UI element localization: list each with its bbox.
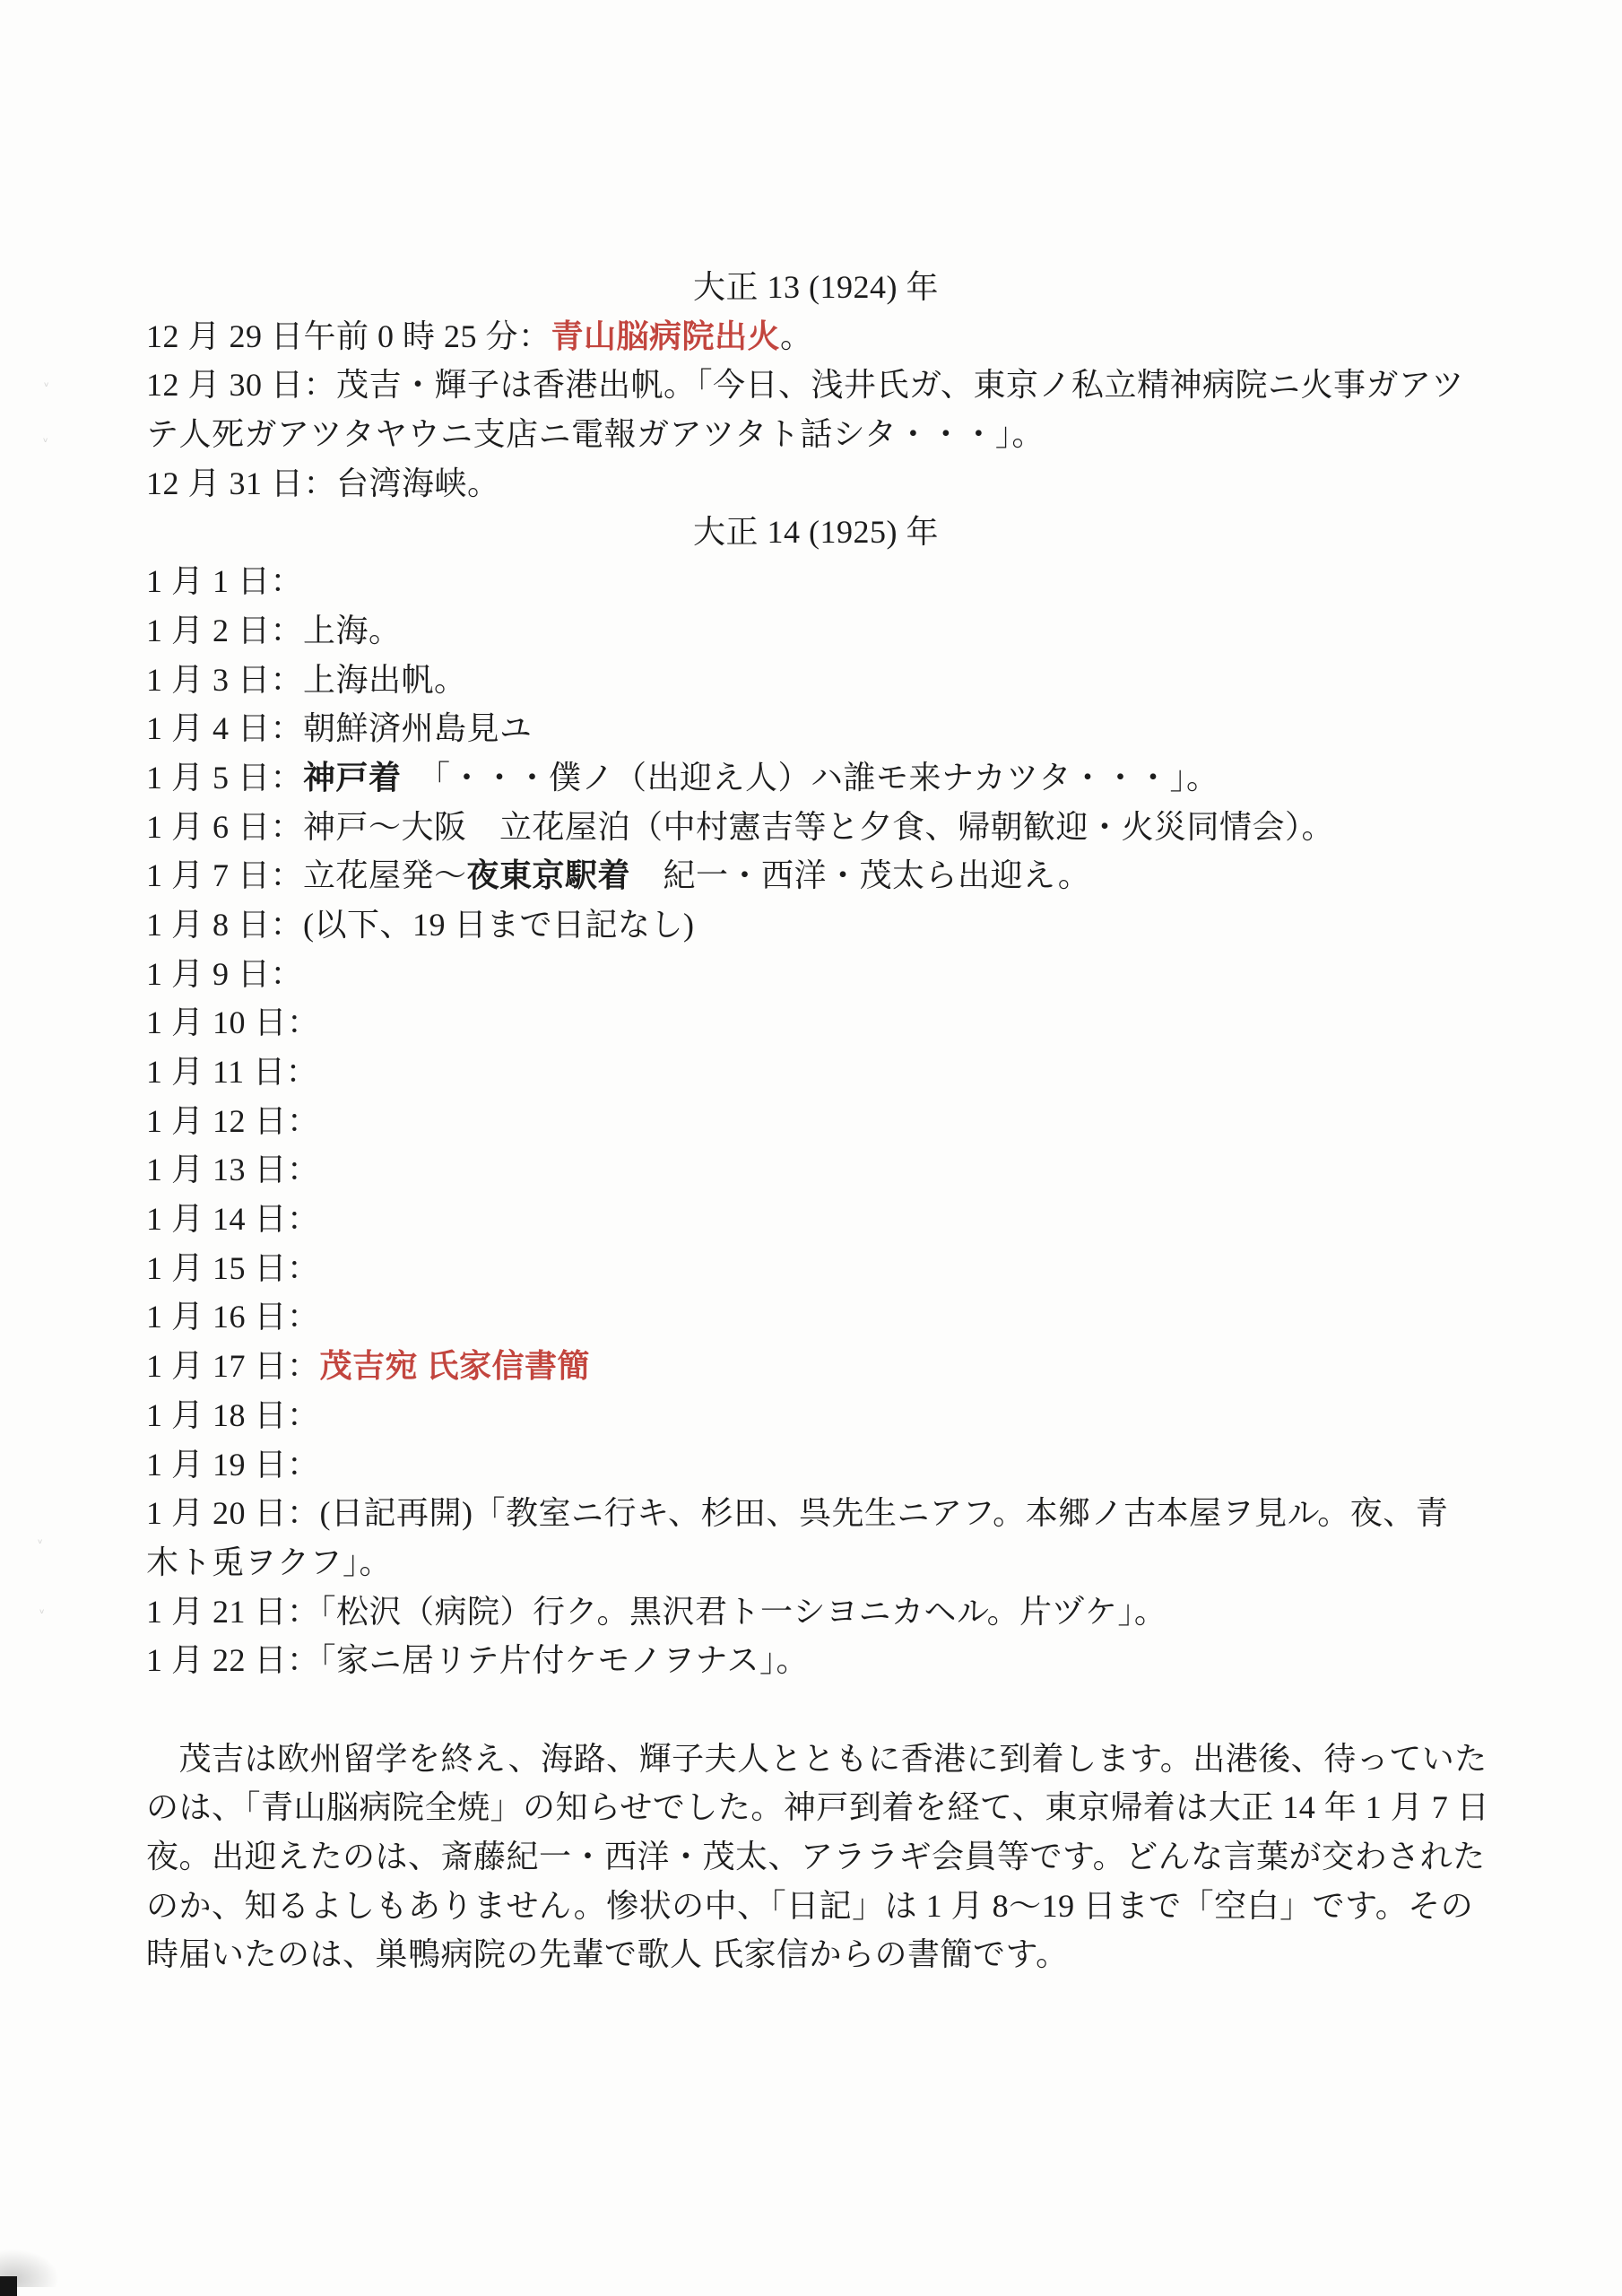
text-segment: 1 月 21 日：「松沢（病院）行ク。黒沢君ト一シヨニカヘル。片ヅケ」。	[146, 1594, 1167, 1630]
timeline-line: 1 月 4 日：朝鮮済州島見ユ	[146, 704, 1486, 753]
text-segment: 1 月 18 日：	[146, 1397, 320, 1433]
text-segment: 茂吉は欧州留学を終え、海路、輝子夫人とともに香港に到着します。出港後、待っていた	[146, 1741, 1488, 1777]
text-segment: 紀一・西洋・茂太ら出迎え。	[630, 857, 1090, 893]
text-segment: 1 月 22 日：「家ニ居リテ片付ケモノヲナス」。	[146, 1642, 809, 1678]
timeline-line: 1 月 3 日：上海出帆。	[146, 656, 1486, 705]
timeline-line: 1 月 9 日：	[146, 950, 1486, 999]
timeline-line: 1 月 7 日：立花屋発～夜東京駅着 紀一・西洋・茂太ら出迎え。	[146, 851, 1486, 900]
text-segment: のは、「青山脳病院全焼」の知らせでした。神戸到着を経て、東京帰着は大正 14 年…	[146, 1789, 1489, 1825]
timeline-line: 12 月 30 日：茂吉・輝子は香港出帆。「今日、浅井氏ガ、東京ノ私立精神病院ニ…	[146, 361, 1486, 410]
timeline-line: 1 月 10 日：	[146, 998, 1486, 1048]
text-segment: 1 月 8 日：(以下、19 日まで日記なし)	[146, 907, 694, 943]
timeline-line: 1 月 6 日：神戸～大阪 立花屋泊（中村憲吉等と夕食、帰朝歓迎・火災同情会）。	[146, 803, 1486, 852]
timeline-line: 12 月 29 日午前 0 時 25 分：青山脳病院出火。	[146, 312, 1486, 361]
text-segment: 1 月 19 日：	[146, 1447, 320, 1483]
text-segment: 大正 13 (1924) 年	[693, 269, 939, 305]
timeline-line: のは、「青山脳病院全焼」の知らせでした。神戸到着を経て、東京帰着は大正 14 年…	[146, 1783, 1486, 1832]
text-segment: 12 月 31 日：台湾海峡。	[146, 465, 500, 501]
timeline-line: 1 月 1 日：	[146, 557, 1486, 606]
timeline-line: 時届いたのは、巣鴨病院の先輩で歌人 氏家信からの書簡です。	[146, 1930, 1486, 1979]
red-highlight-text: 青山脳病院出火	[551, 318, 781, 354]
bold-text: 夜東京駅着	[467, 857, 631, 893]
text-segment: 時届いたのは、巣鴨病院の先輩で歌人 氏家信からの書簡です。	[146, 1936, 1069, 1972]
scan-speck: ᵥ	[38, 1537, 46, 1544]
text-segment: 1 月 15 日：	[146, 1250, 320, 1286]
blank-line	[146, 1685, 1486, 1735]
text-segment: 1 月 11 日：	[146, 1054, 318, 1090]
year-heading: 大正 14 (1925) 年	[146, 508, 1486, 557]
text-segment: 1 月 20 日：(日記再開)「教室ニ行キ、杉田、呉先生ニアフ。本郷ノ古本屋ヲ見…	[146, 1495, 1448, 1531]
text-segment: 1 月 3 日：上海出帆。	[146, 662, 467, 698]
timeline-line: 1 月 18 日：	[146, 1391, 1486, 1440]
text-segment: 1 月 2 日：上海。	[146, 613, 402, 648]
timeline-line: 1 月 21 日：「松沢（病院）行ク。黒沢君ト一シヨニカヘル。片ヅケ」。	[146, 1587, 1486, 1637]
text-segment: 1 月 12 日：	[146, 1103, 320, 1139]
text-segment: 夜。出迎えたのは、斎藤紀一・西洋・茂太、アララギ会員等です。どんな言葉が交わされ…	[146, 1839, 1486, 1874]
timeline-line: 1 月 8 日：(以下、19 日まで日記なし)	[146, 900, 1486, 950]
text-segment: 1 月 9 日：	[146, 956, 303, 992]
text-segment: 1 月 13 日：	[146, 1152, 320, 1187]
timeline-line: 1 月 15 日：	[146, 1244, 1486, 1293]
scan-speck: ᵥ	[43, 436, 51, 442]
timeline-line: 12 月 31 日：台湾海峡。	[146, 459, 1486, 509]
timeline-line: 1 月 11 日：	[146, 1048, 1486, 1097]
timeline-line: 1 月 20 日：(日記再開)「教室ニ行キ、杉田、呉先生ニアフ。本郷ノ古本屋ヲ見…	[146, 1489, 1486, 1538]
text-segment: 1 月 16 日：	[146, 1299, 320, 1335]
text-segment: 1 月 6 日：神戸～大阪 立花屋泊（中村憲吉等と夕食、帰朝歓迎・火災同情会）。	[146, 809, 1334, 845]
timeline-line: 1 月 5 日：神戸着 「・・・僕ノ（出迎え人）ハ誰モ来ナカツタ・・・」。	[146, 753, 1486, 803]
document-lines: 大正 13 (1924) 年12 月 29 日午前 0 時 25 分：青山脳病院…	[146, 263, 1486, 1979]
scan-corner-mark-icon	[0, 2276, 17, 2296]
timeline-line: 夜。出迎えたのは、斎藤紀一・西洋・茂太、アララギ会員等です。どんな言葉が交わされ…	[146, 1832, 1486, 1882]
timeline-line: 1 月 13 日：	[146, 1145, 1486, 1195]
text-segment: 12 月 30 日：茂吉・輝子は香港出帆。「今日、浅井氏ガ、東京ノ私立精神病院ニ…	[146, 367, 1464, 403]
text-segment: 1 月 4 日：朝鮮済州島見ユ	[146, 710, 533, 746]
text-segment: 1 月 14 日：	[146, 1201, 320, 1237]
timeline-line: のか、知るよしもありません。惨状の中、「日記」は 1 月 8～19 日まで「空白…	[146, 1882, 1486, 1931]
timeline-line: 1 月 14 日：	[146, 1195, 1486, 1244]
timeline-line: 1 月 2 日：上海。	[146, 606, 1486, 656]
text-segment: のか、知るよしもありません。惨状の中、「日記」は 1 月 8～19 日まで「空白…	[146, 1888, 1473, 1924]
timeline-line: 1 月 16 日：	[146, 1292, 1486, 1342]
document-content: 大正 13 (1924) 年12 月 29 日午前 0 時 25 分：青山脳病院…	[146, 263, 1486, 1979]
bold-text: 神戸着	[303, 760, 402, 796]
text-segment: 大正 14 (1925) 年	[693, 514, 939, 550]
timeline-line: 1 月 12 日：	[146, 1097, 1486, 1146]
red-highlight-text: 茂吉宛 氏家信書簡	[320, 1348, 591, 1384]
year-heading: 大正 13 (1924) 年	[146, 263, 1486, 312]
scan-speck: ᵥ	[44, 380, 52, 387]
timeline-line: 1 月 19 日：	[146, 1440, 1486, 1490]
text-segment: 「・・・僕ノ（出迎え人）ハ誰モ来ナカツタ・・・」。	[402, 760, 1219, 796]
text-segment: 1 月 17 日：	[146, 1348, 320, 1384]
text-segment: 12 月 29 日午前 0 時 25 分：	[146, 318, 551, 354]
scanned-page: 大正 13 (1924) 年12 月 29 日午前 0 時 25 分：青山脳病院…	[0, 0, 1622, 2296]
text-segment: 。	[780, 318, 813, 354]
text-segment: 1 月 7 日：立花屋発～	[146, 857, 467, 893]
text-segment: 1 月 10 日：	[146, 1004, 320, 1040]
text-segment: テ人死ガアツタヤウニ支店ニ電報ガアツタト話シタ・・・」。	[146, 416, 1045, 452]
text-segment: 1 月 1 日：	[146, 563, 303, 599]
timeline-line: 茂吉は欧州留学を終え、海路、輝子夫人とともに香港に到着します。出港後、待っていた	[146, 1735, 1486, 1784]
text-segment: 1 月 5 日：	[146, 760, 303, 796]
timeline-line: テ人死ガアツタヤウニ支店ニ電報ガアツタト話シタ・・・」。	[146, 410, 1486, 459]
text-segment: 木ト兎ヲクフ」。	[146, 1544, 392, 1580]
scan-speck: ᵥ	[39, 1607, 48, 1613]
timeline-line: 1 月 17 日：茂吉宛 氏家信書簡	[146, 1342, 1486, 1391]
timeline-line: 木ト兎ヲクフ」。	[146, 1538, 1486, 1587]
timeline-line: 1 月 22 日：「家ニ居リテ片付ケモノヲナス」。	[146, 1636, 1486, 1685]
